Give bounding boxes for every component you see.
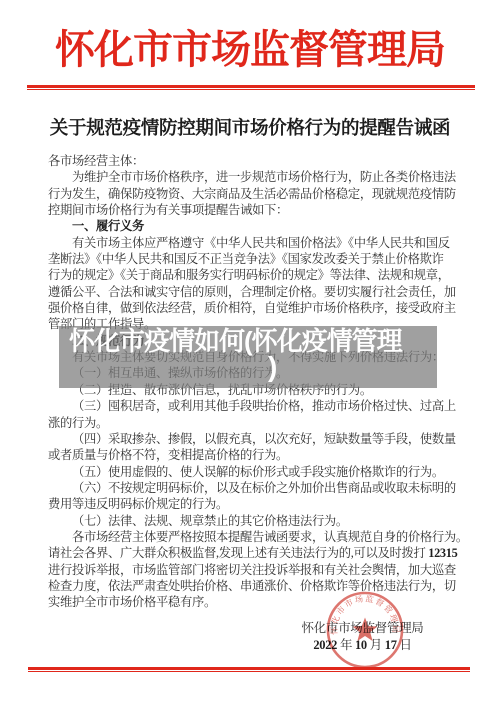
footer-thin-line [28, 671, 470, 672]
text-segment: 检查力度，依法严肃查处哄抬价格、串通涨价、价格欺诈等价格违法行为，切 [48, 579, 456, 593]
separator-thick-line [27, 85, 475, 88]
doc-line: 行为发生，确保防疫物资、大宗商品及生活必需品价格稳定，现就规范疫情防 [48, 186, 460, 202]
text-segment: 有关市场主体应严格遵守《中华人民共和国价格法》《中华人民共和国反 [72, 236, 450, 250]
text-segment: 或者质量与价格不符，变相提高价格的行为。 [48, 448, 288, 462]
doc-line: 各市场经营主体： [48, 153, 460, 169]
text-segment: 实维护全市市场价格平稳有序。 [48, 595, 216, 609]
doc-line: 有关市场主体应严格遵守《中华人民共和国价格法》《中华人民共和国反 [48, 235, 460, 251]
text-segment: （五）使用虚假的、使人误解的标价形式或手段实施价格欺诈的行为。 [72, 465, 444, 479]
text-segment: 为维护全市市场价格秩序，进一步规范市场价格行为，防止各类价格违法 [72, 170, 456, 184]
text-segment: 17 [385, 638, 397, 652]
doc-line: 涨的行为。 [48, 415, 460, 431]
doc-line: 控期间市场价格行为有关事项提醒告诫如下： [48, 202, 460, 218]
watermark-overlay: 怀化市疫情如何(怀化疫情管理 ) [59, 326, 437, 388]
text-segment: 日 [397, 638, 412, 652]
doc-line: 实维护全市市场价格平稳有序。 [48, 594, 460, 610]
doc-line: 行为的规定》《关于商品和服务实行明码标价的规定》等法律、法规和规章， [48, 267, 460, 283]
overlay-caption-line1: 怀化市疫情如何(怀化疫情管理 [69, 327, 402, 355]
text-segment: 控期间市场价格行为有关事项提醒告诫如下： [48, 203, 288, 217]
doc-line: 强价格自律，做到依法经营，质价相符，自觉维护市场价格秩序，接受政府主 [48, 300, 460, 316]
doc-line: 检查力度，依法严肃查处哄抬价格、串通涨价、价格欺诈等价格违法行为，切 [48, 578, 460, 594]
text-segment: 各市场经营主体： [48, 154, 144, 168]
signature-date: 2022 年 10 月 17 日 [290, 637, 435, 654]
separator-thin-line [27, 89, 475, 90]
text-segment: 一、履行义务 [72, 219, 144, 233]
signature-block: 怀化市市场监督管理局 2022 年 10 月 17 日 [290, 620, 435, 654]
footer-thick-line [28, 667, 470, 670]
text-segment: 强价格自律，做到依法经营，质价相符，自觉维护市场价格秩序，接受政府主 [48, 301, 456, 315]
text-segment: 进行投诉举报，市场监管部门将密切关注投诉举报和有关社会舆情，加大巡查 [48, 563, 456, 577]
agency-letterhead: 怀化市市场监督管理局 [0, 26, 500, 74]
text-segment: 垄断法》《中华人民共和国反不正当竞争法》《国家发改委关于禁止价格欺诈 [48, 252, 444, 266]
doc-line: 垄断法》《中华人民共和国反不正当竞争法》《国家发改委关于禁止价格欺诈 [48, 251, 460, 267]
doc-line: 各市场经营主体要严格按照本提醒告诫函要求，认真规范自身的价格行为。 [48, 529, 460, 545]
text-segment: 各市场经营主体要严格按照本提醒告诫函要求，认真规范自身的价格行为。 [72, 530, 468, 544]
text-segment: 年 [337, 638, 355, 652]
text-segment: 费用等违反明码标价规定的行为。 [48, 497, 228, 511]
doc-line: 或者质量与价格不符，变相提高价格的行为。 [48, 447, 460, 463]
doc-line: 进行投诉举报，市场监管部门将密切关注投诉举报和有关社会舆情，加大巡查 [48, 562, 460, 578]
footer-separator [28, 667, 470, 672]
doc-line: （四）采取掺杂、掺假，以假充真，以次充好，短缺数量等手段，使数量 [48, 431, 460, 447]
doc-line: （三）囤积居奇，或利用其他手段哄抬价格，推动市场价格过快、过高上 [48, 398, 460, 414]
text-segment: 2022 [313, 638, 337, 652]
letterhead-separator [27, 85, 475, 90]
doc-line: 为维护全市市场价格秩序，进一步规范市场价格行为，防止各类价格违法 [48, 169, 460, 185]
doc-line: 遵循公平、合法和诚实守信的原则，合理制定价格。要切实履行社会责任，加 [48, 284, 460, 300]
text-segment: 行为发生，确保防疫物资、大宗商品及生活必需品价格稳定，现就规范疫情防 [48, 187, 456, 201]
text-segment: 遵循公平、合法和诚实守信的原则，合理制定价格。要切实履行社会责任，加 [48, 285, 456, 299]
document-page: 怀化市市场监督管理局 关于规范疫情防控期间市场价格行为的提醒告诫函 各市场经营主… [0, 0, 500, 707]
doc-line: （七）法律、法规、规章禁止的其它价格违法行为。 [48, 513, 460, 529]
text-segment: 涨的行为。 [48, 416, 108, 430]
text-segment: 12315 [428, 546, 457, 560]
doc-line: （六）不按规定明码标价，以及在标价之外加价出售商品或收取未标明的 [48, 480, 460, 496]
doc-line: 请社会各界、广大群众积极监督,发现上述有关违法行为的,可以及时拨打 12315 [48, 545, 460, 561]
text-segment: 月 [367, 638, 385, 652]
text-segment: 行为的规定》《关于商品和服务实行明码标价的规定》等法律、法规和规章， [48, 268, 450, 282]
text-segment: （四）采取掺杂、掺假，以假充真，以次充好，短缺数量等手段，使数量 [72, 432, 456, 446]
text-segment: （六）不按规定明码标价，以及在标价之外加价出售商品或收取未标明的 [72, 481, 456, 495]
text-segment: 10 [355, 638, 367, 652]
document-title: 关于规范疫情防控期间市场价格行为的提醒告诫函 [0, 114, 500, 140]
text-segment: （三）囤积居奇，或利用其他手段哄抬价格，推动市场价格过快、过高上 [72, 399, 456, 413]
doc-line: 一、履行义务 [48, 218, 460, 234]
doc-line: （五）使用虚假的、使人误解的标价形式或手段实施价格欺诈的行为。 [48, 464, 460, 480]
overlay-caption-line2: ) [268, 352, 277, 382]
signature-org: 怀化市市场监督管理局 [290, 620, 435, 637]
doc-line: 费用等违反明码标价规定的行为。 [48, 496, 460, 512]
text-segment: （七）法律、法规、规章禁止的其它价格违法行为。 [72, 514, 348, 528]
text-segment: 请社会各界、广大群众积极监督,发现上述有关违法行为的,可以及时拨打 [48, 546, 428, 560]
